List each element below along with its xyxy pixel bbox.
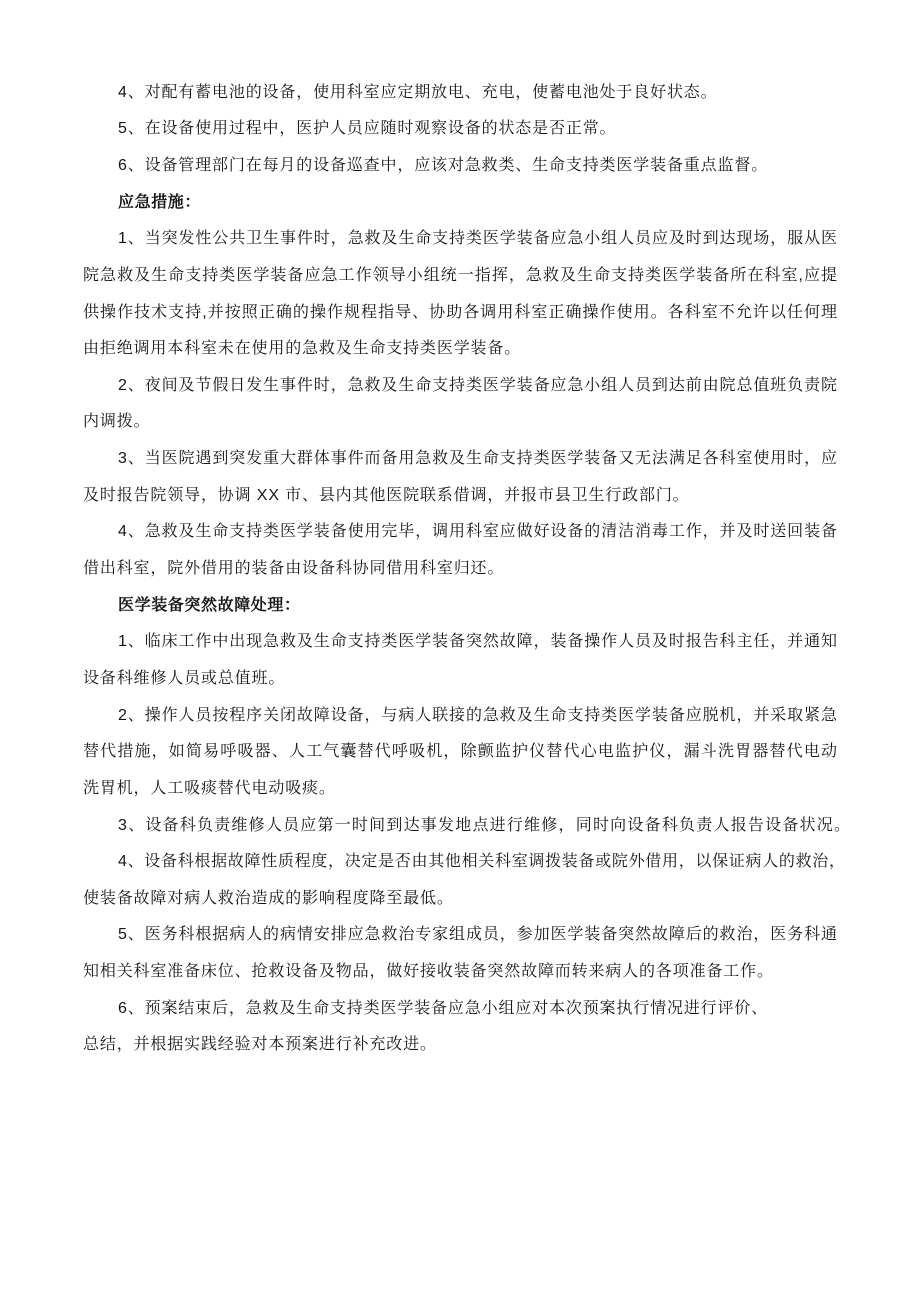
paragraph-line: 2、操作人员按程序关闭故障设备，与病人联接的急救及生命支持类医学装备应脱机，并采… (118, 698, 837, 735)
list-item: 6、设备管理部门在每月的设备巡查中，应该对急救类、生命支持类医学装备重点监督。 (0, 148, 920, 185)
paragraph-line: 3、当医院遇到突发重大群体事件而备用急救及生命支持类医学装备又无法满足各科室使用… (118, 441, 837, 478)
list-item: 5、医务科根据病人的病情安排应急救治专家组成员，参加医学装备突然故障后的救治，医… (0, 917, 920, 990)
list-item: 4、对配有蓄电池的设备，使用科室应定期放电、充电，使蓄电池处于良好状态。 (0, 75, 920, 112)
section-heading: 医学装备突然故障处理： (118, 588, 920, 625)
section-emergency-measures: 应急措施： 1、当突发性公共卫生事件时，急救及生命支持类医学装备应急小组人员应及… (0, 185, 920, 588)
paragraph-line: 替代措施，如简易呼吸器、人工气囊替代呼吸机，除颤监护仪替代心电监护仪，漏斗洗胃器… (83, 734, 837, 771)
paragraph-line: 4、设备科根据故障性质程度，决定是否由其他相关科室调拨装备或院外借用，以保证病人… (118, 844, 845, 881)
list-item: 1、临床工作中出现急救及生命支持类医学装备突然故障，装备操作人员及时报告科主任，… (0, 624, 920, 697)
paragraph-line: 4、对配有蓄电池的设备，使用科室应定期放电、充电，使蓄电池处于良好状态。 (118, 75, 858, 112)
list-item: 1、当突发性公共卫生事件时，急救及生命支持类医学装备应急小组人员应及时到达现场，… (0, 221, 920, 368)
list-item: 6、预案结束后，急救及生命支持类医学装备应急小组应对本次预案执行情况进行评价、 … (0, 991, 920, 1064)
list-item: 4、急救及生命支持类医学装备使用完毕，调用科室应做好设备的清洁消毒工作，并及时送… (0, 514, 920, 587)
paragraph-line: 总结，并根据实践经验对本预案进行补充改进。 (83, 1027, 858, 1064)
paragraph-line: 知相关科室准备床位、抢救设备及物品，做好接收装备突然故障而转来病人的各项准备工作… (83, 954, 858, 991)
section-heading: 应急措施： (118, 185, 920, 222)
paragraph-line: 3、设备科负责维修人员应第一时间到达事发地点进行维修，同时向设备科负责人报告设备… (118, 808, 850, 845)
section-equipment-failure: 医学装备突然故障处理： 1、临床工作中出现急救及生命支持类医学装备突然故障，装备… (0, 588, 920, 1064)
paragraph-line: 4、急救及生命支持类医学装备使用完毕，调用科室应做好设备的清洁消毒工作，并及时送… (118, 514, 837, 551)
paragraph-line: 使装备故障对病人救治造成的影响程度降至最低。 (83, 881, 858, 918)
paragraph-line: 2、夜间及节假日发生事件时，急救及生命支持类医学装备应急小组人员到达前由院总值班… (118, 368, 837, 405)
list-item: 3、当医院遇到突发重大群体事件而备用急救及生命支持类医学装备又无法满足各科室使用… (0, 441, 920, 514)
paragraph-line: 1、当突发性公共卫生事件时，急救及生命支持类医学装备应急小组人员应及时到达现场，… (118, 221, 837, 258)
paragraph-line: 1、临床工作中出现急救及生命支持类医学装备突然故障，装备操作人员及时报告科主任，… (118, 624, 837, 661)
paragraph-line: 借出科室，院外借用的装备由设备科协同借用科室归还。 (83, 551, 858, 588)
list-item: 3、设备科负责维修人员应第一时间到达事发地点进行维修，同时向设备科负责人报告设备… (0, 808, 920, 845)
section-maintenance: 4、对配有蓄电池的设备，使用科室应定期放电、充电，使蓄电池处于良好状态。 5、在… (0, 75, 920, 185)
paragraph-line: 设备科维修人员或总值班。 (83, 661, 858, 698)
paragraph-line: 6、设备管理部门在每月的设备巡查中，应该对急救类、生命支持类医学装备重点监督。 (118, 148, 858, 185)
paragraph-line: 内调拨。 (83, 404, 858, 441)
paragraph-line: 供操作技术支持,并按照正确的操作规程指导、协助各调用科室正确操作使用。各科室不允… (83, 295, 837, 332)
list-item: 2、操作人员按程序关闭故障设备，与病人联接的急救及生命支持类医学装备应脱机，并采… (0, 698, 920, 808)
paragraph-line: 由拒绝调用本科室未在使用的急救及生命支持类医学装备。 (83, 331, 858, 368)
document-page: 4、对配有蓄电池的设备，使用科室应定期放电、充电，使蓄电池处于良好状态。 5、在… (0, 0, 920, 1301)
paragraph-line: 及时报告院领导，协调 XX 市、县内其他医院联系借调，并报市县卫生行政部门。 (83, 478, 858, 515)
paragraph-line: 6、预案结束后，急救及生命支持类医学装备应急小组应对本次预案执行情况进行评价、 (118, 991, 858, 1028)
paragraph-line: 5、在设备使用过程中，医护人员应随时观察设备的状态是否正常。 (118, 111, 858, 148)
list-item: 4、设备科根据故障性质程度，决定是否由其他相关科室调拨装备或院外借用，以保证病人… (0, 844, 920, 917)
list-item: 2、夜间及节假日发生事件时，急救及生命支持类医学装备应急小组人员到达前由院总值班… (0, 368, 920, 441)
list-item: 5、在设备使用过程中，医护人员应随时观察设备的状态是否正常。 (0, 111, 920, 148)
paragraph-line: 5、医务科根据病人的病情安排应急救治专家组成员，参加医学装备突然故障后的救治，医… (118, 917, 837, 954)
paragraph-line: 院急救及生命支持类医学装备应急工作领导小组统一指挥，急救及生命支持类医学装备所在… (83, 258, 837, 295)
paragraph-line: 洗胃机，人工吸痰替代电动吸痰。 (83, 771, 858, 808)
